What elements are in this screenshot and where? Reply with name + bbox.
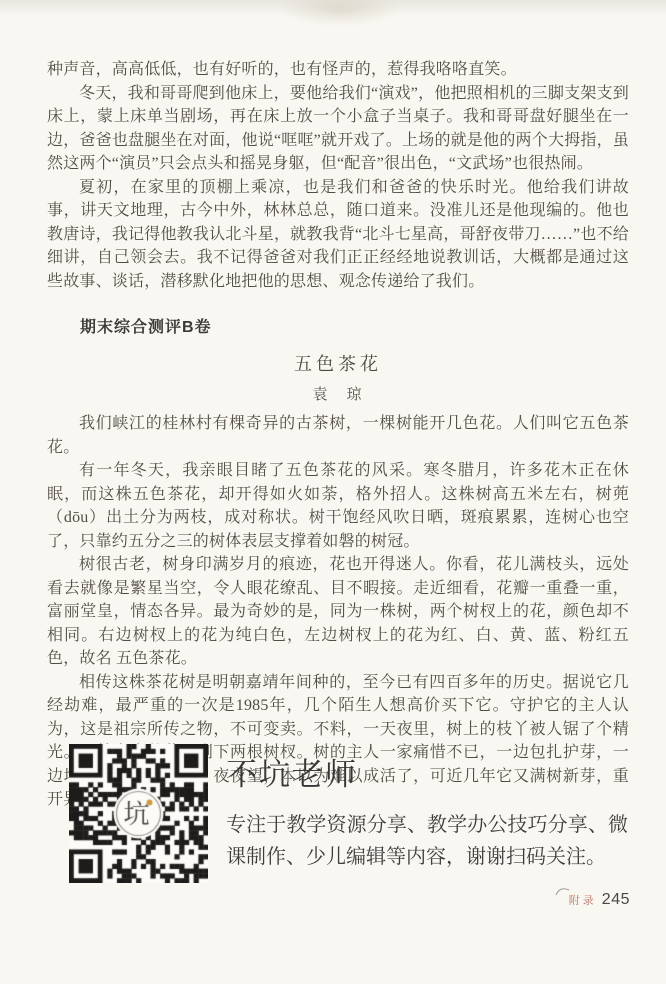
qr-text-block: 不坑老师 专注于教学资源分享、教学办公技巧分享、微课制作、少儿编辑等内容，谢谢扫… (226, 744, 628, 873)
page-footer: 附录 245 (555, 891, 630, 909)
book-page: 种声音，高高低低，也有好听的，也有怪声的，惹得我咯咯直笑。 冬天，我和哥哥爬到他… (0, 0, 666, 984)
footer-page-number: 245 (602, 891, 630, 909)
article-title: 五色茶花 (47, 350, 629, 376)
paragraph: 树很古老，树身印满岁月的痕迹，花也开得迷人。你看，花儿满枝头，远处看去就像是繁星… (47, 553, 629, 671)
scan-smudge (280, 0, 400, 26)
section-header: 期末综合测评B卷 (80, 314, 629, 337)
footer-section-label: 附录 (569, 892, 597, 908)
qr-panel-description: 专注于教学资源分享、教学办公技巧分享、微课制作、少儿编辑等内容，谢谢扫码关注。 (226, 809, 628, 873)
paragraph: 我们峡江的桂林村有棵奇异的古茶树，一棵树能开几色花。人们叫它五色茶花。 (47, 412, 629, 459)
paragraph: 冬天，我和哥哥爬到他床上，要他给我们“演戏”，他把照相机的三脚支架支到床上，蒙上… (47, 82, 629, 176)
swoosh-mark (555, 885, 571, 897)
qr-panel: 不坑老师 专注于教学资源分享、教学办公技巧分享、微课制作、少儿编辑等内容，谢谢扫… (69, 744, 629, 883)
paragraph: 夏初，在家里的顶棚上乘凉，也是我们和爸爸的快乐时光。他给我们讲故事，讲天文地理，… (47, 176, 629, 294)
qr-code (69, 744, 208, 883)
qr-panel-title: 不坑老师 (226, 749, 628, 794)
article-author: 袁 琼 (47, 383, 629, 404)
paragraph: 有一年冬天，我亲眼目睹了五色茶花的风采。寒冬腊月，许多花木正在休眠，而这株五色茶… (47, 459, 629, 553)
page-text: 种声音，高高低低，也有好听的，也有怪声的，惹得我咯咯直笑。 冬天，我和哥哥爬到他… (47, 58, 629, 812)
paragraph-continuation: 种声音，高高低低，也有好听的，也有怪声的，惹得我咯咯直笑。 (47, 58, 629, 82)
